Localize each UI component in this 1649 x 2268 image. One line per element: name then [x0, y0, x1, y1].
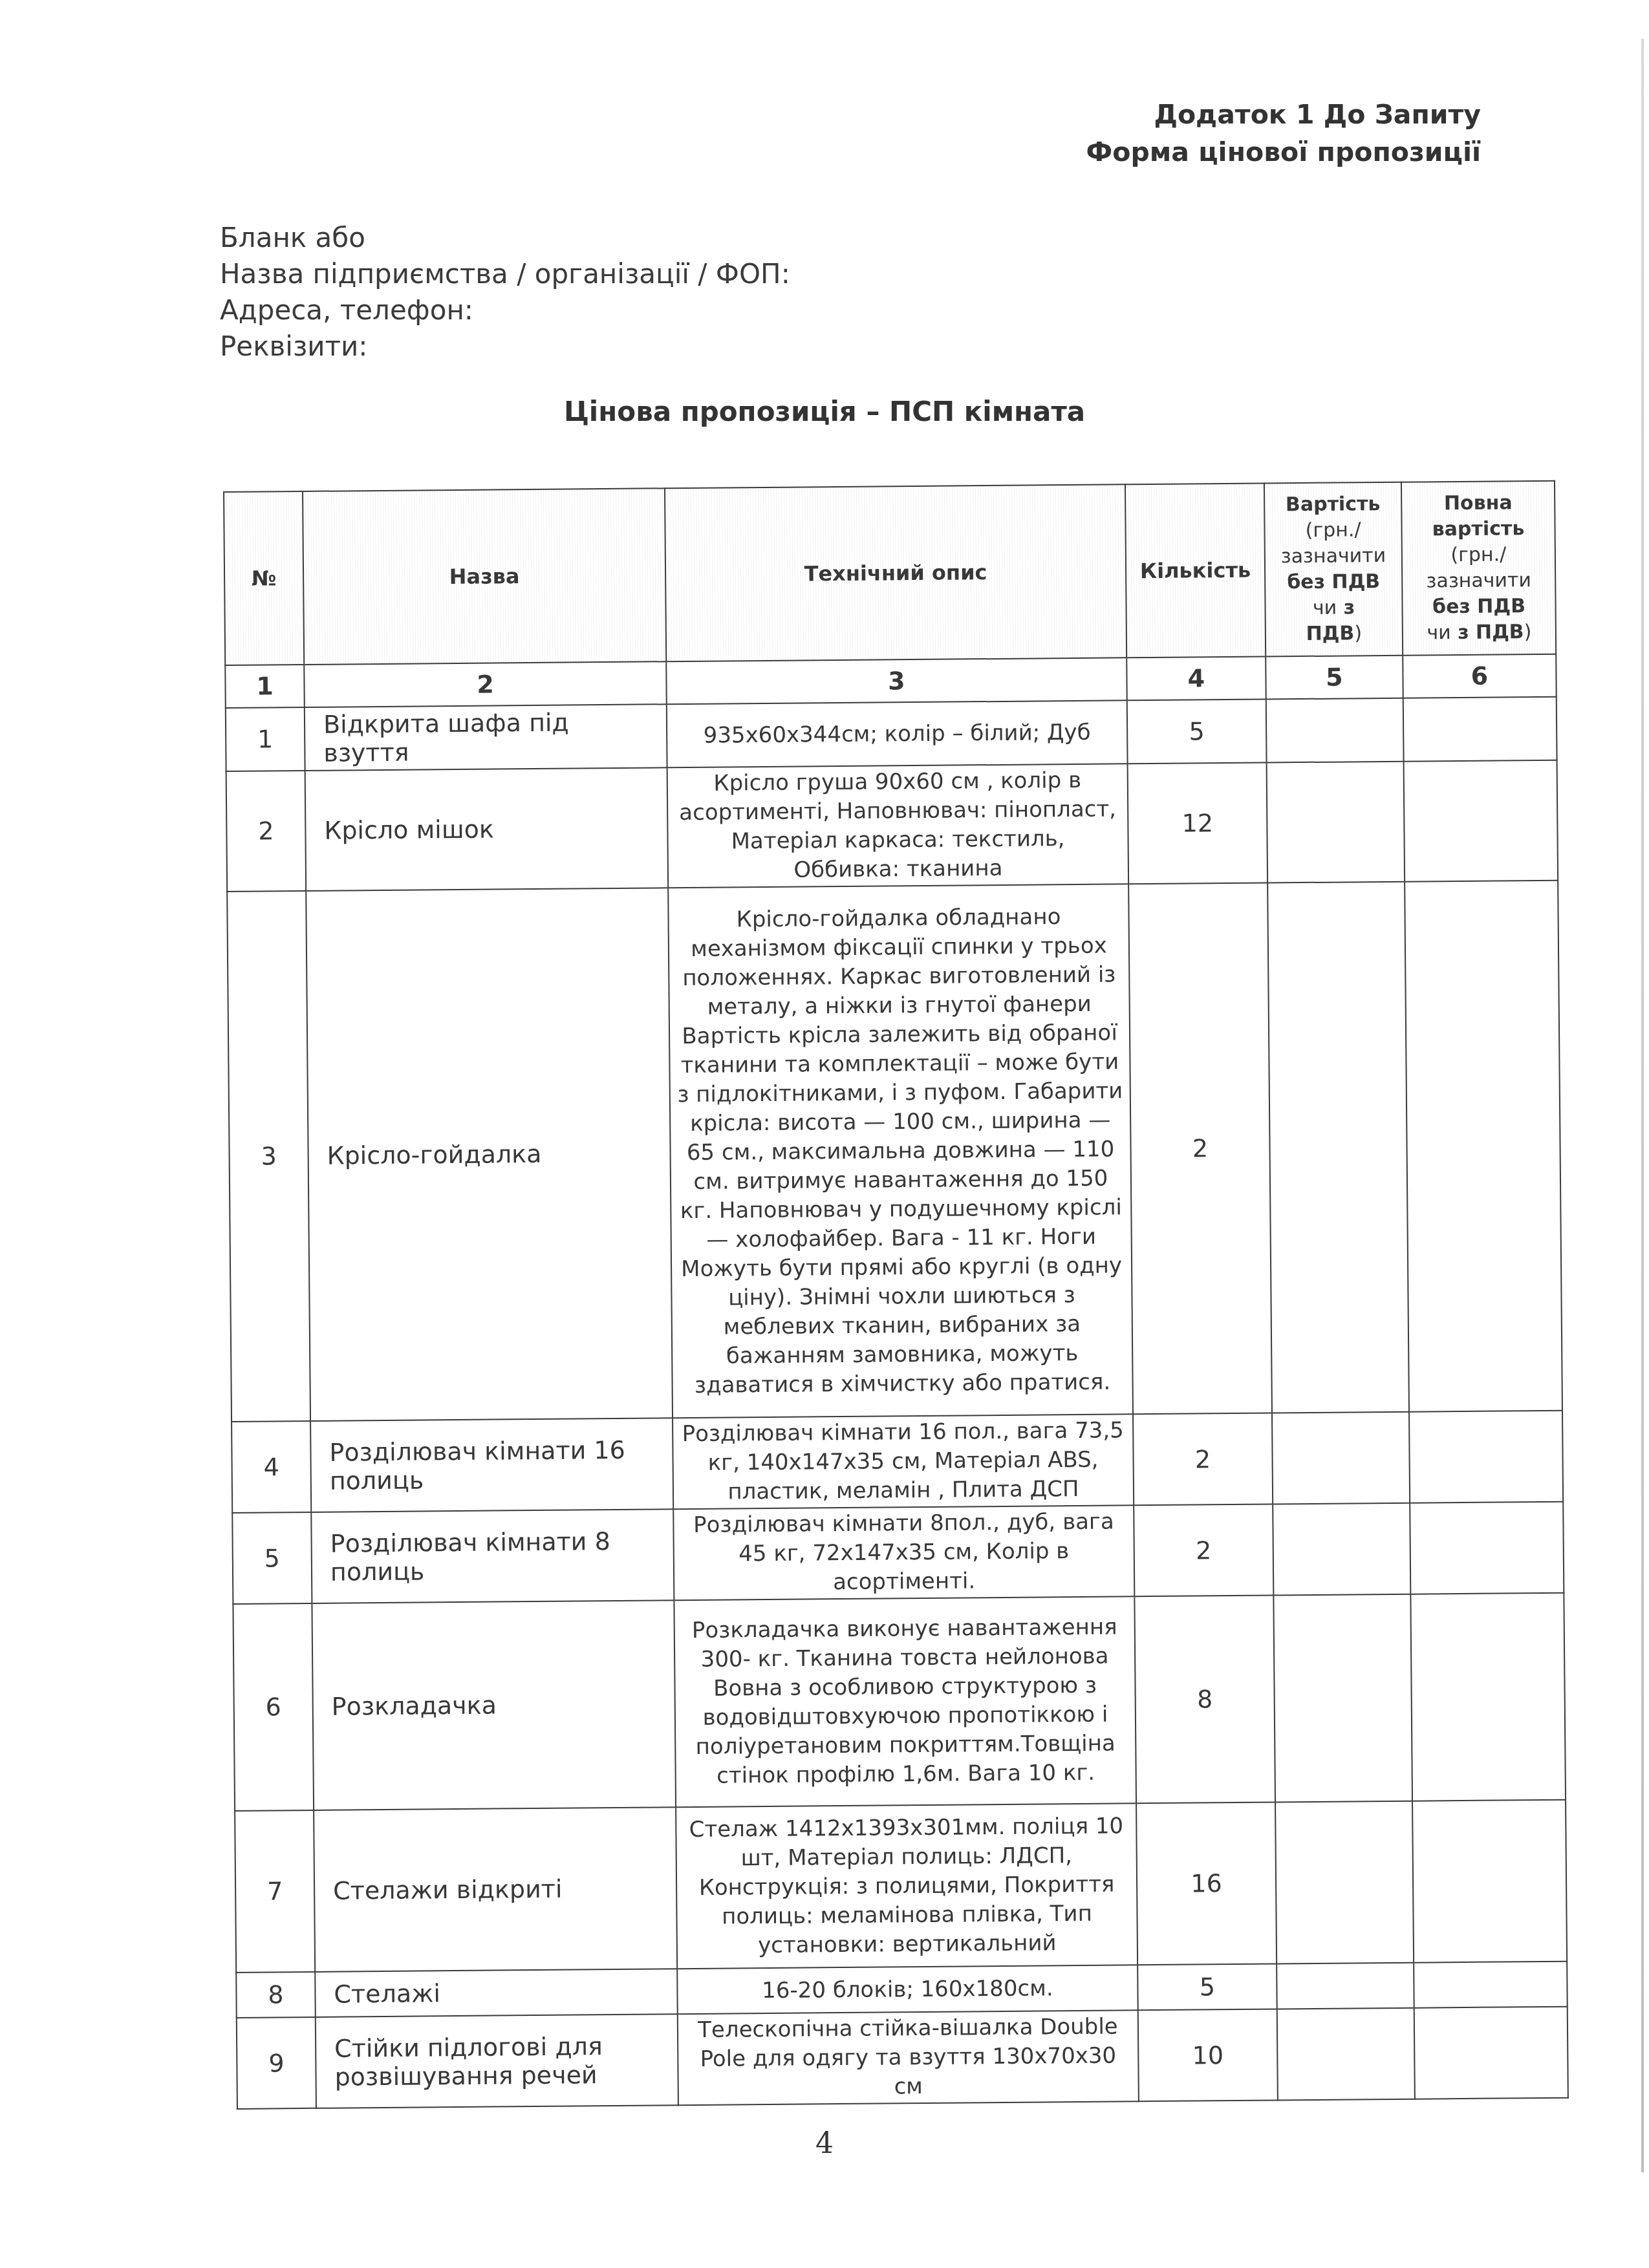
- total-price-note: зазначити: [1405, 568, 1552, 595]
- item-number: 4: [232, 1421, 311, 1513]
- item-name: Розділювач кімнати 16 полиць: [310, 1418, 673, 1512]
- total-price-title: Повна: [1405, 490, 1551, 517]
- item-number: 3: [227, 891, 310, 1422]
- document-title: Цінова пропозиція – ПСП кімната: [0, 396, 1649, 427]
- total-price-cell[interactable]: [1410, 1593, 1566, 1801]
- item-number: 8: [236, 1972, 316, 2018]
- total-price-cell[interactable]: [1410, 1502, 1564, 1594]
- item-name: Розкладачка: [312, 1600, 676, 1810]
- col-header-quantity: Кількість: [1125, 484, 1266, 658]
- total-price-cell[interactable]: [1405, 881, 1562, 1412]
- total-price-title: вартість: [1405, 516, 1551, 543]
- col-header-description: Технічний опис: [665, 484, 1126, 661]
- unit-price-cell[interactable]: [1267, 762, 1405, 883]
- column-number: 6: [1403, 654, 1557, 698]
- item-quantity: 2: [1128, 883, 1272, 1414]
- unit-price-cell[interactable]: [1277, 1963, 1414, 2009]
- table-row: 1 Відкрита шафа під взуття 935х60х344см;…: [226, 697, 1557, 771]
- document-page: Додаток 1 До Запиту Форма цінової пропоз…: [0, 0, 1649, 2268]
- unit-price-cell[interactable]: [1275, 1801, 1414, 1964]
- unit-price-note: з: [1344, 596, 1355, 619]
- total-price-cell[interactable]: [1409, 1411, 1563, 1503]
- unit-price-title: Вартість: [1267, 491, 1398, 519]
- header-row: № Назва Технічний опис Кількість Вартіст…: [224, 481, 1556, 665]
- company-name-label: Назва підприємства / організації / ФОП:: [220, 256, 790, 292]
- unit-price-cell[interactable]: [1267, 882, 1409, 1413]
- form-label: Форма цінової пропозиції: [1086, 133, 1481, 171]
- column-number: 2: [304, 661, 667, 707]
- item-quantity: 10: [1138, 2009, 1278, 2101]
- unit-price-note: без ПДВ: [1268, 569, 1399, 596]
- unit-price-cell[interactable]: [1277, 2008, 1415, 2101]
- item-description: Розділювач кімнати 16 пол., вага 73,5 кг…: [673, 1414, 1134, 1509]
- item-description: Розкладачка виконує навантаження 300- кг…: [674, 1596, 1136, 1807]
- price-offer-table: № Назва Технічний опис Кількість Вартіст…: [223, 480, 1569, 2110]
- total-price-note: ): [1524, 621, 1532, 643]
- table-row: 5 Розділювач кімнати 8 полиць Розділювач…: [232, 1502, 1564, 1604]
- item-description: Телескопічна стійка-вішалка Double Pole …: [678, 2010, 1139, 2105]
- unit-price-cell[interactable]: [1266, 698, 1404, 763]
- item-description: 16-20 блоків; 160х180см.: [677, 1965, 1138, 2014]
- item-quantity: 8: [1134, 1595, 1275, 1803]
- item-name: Стійки підлогові для розвішування речей: [316, 2014, 678, 2108]
- sender-details: Бланк або Назва підприємства / організац…: [220, 220, 790, 365]
- column-number: 4: [1126, 657, 1266, 701]
- address-phone-label: Адреса, телефон:: [220, 292, 790, 328]
- total-price-note: (грн./: [1405, 542, 1552, 569]
- total-price-cell[interactable]: [1403, 697, 1557, 762]
- column-number: 5: [1266, 656, 1403, 700]
- total-price-note: без ПДВ: [1405, 594, 1552, 621]
- total-price-cell[interactable]: [1414, 2007, 1568, 2099]
- item-quantity: 5: [1127, 700, 1267, 764]
- item-description: Стелаж 1412х1393х301мм. поліця 10 шт, Ма…: [676, 1803, 1137, 1969]
- item-number: 7: [235, 1810, 315, 1973]
- item-name: Розділювач кімнати 8 полиць: [311, 1509, 674, 1603]
- item-description: Крісло-гойдалка обладнано механізмом фік…: [668, 884, 1133, 1418]
- item-quantity: 12: [1128, 762, 1268, 884]
- item-quantity: 16: [1136, 1802, 1277, 1965]
- item-quantity: 5: [1137, 1963, 1277, 2010]
- unit-price-cell[interactable]: [1273, 1503, 1410, 1596]
- table-row: 9 Стійки підлогові для розвішування рече…: [237, 2007, 1568, 2109]
- total-price-cell[interactable]: [1412, 1800, 1567, 1963]
- unit-price-note: (грн./: [1267, 517, 1398, 544]
- page-number: 4: [0, 2127, 1649, 2160]
- col-header-unit-price: Вартість (грн./ зазначити без ПДВ чи з П…: [1264, 482, 1403, 657]
- item-name: Крісло мішок: [305, 767, 669, 891]
- column-number: 3: [666, 658, 1127, 704]
- col-header-name: Назва: [303, 488, 666, 665]
- unit-price-note: зазначити: [1268, 543, 1399, 570]
- table-row: 4 Розділювач кімнати 16 полиць Розділюва…: [232, 1411, 1563, 1513]
- requisites-label: Реквізити:: [220, 328, 790, 365]
- table-row: 6 Розкладачка Розкладачка виконує навант…: [233, 1593, 1566, 1811]
- item-name: Стелажи відкриті: [314, 1807, 677, 1972]
- table-row: 3 Крісло-гойдалка Крісло-гойдалка обладн…: [227, 881, 1562, 1422]
- unit-price-note: ): [1354, 622, 1362, 645]
- item-number: 5: [232, 1512, 312, 1604]
- total-price-cell[interactable]: [1414, 1962, 1568, 2008]
- item-number: 1: [226, 707, 305, 771]
- item-description: Розділювач кімнати 8пол., дуб, вага 45 к…: [673, 1505, 1134, 1600]
- unit-price-cell[interactable]: [1273, 1594, 1412, 1803]
- total-price-note: чи: [1427, 621, 1451, 644]
- item-name: Стелажі: [315, 1969, 678, 2017]
- item-description: 935х60х344см; колір – білий; Дуб: [667, 700, 1128, 767]
- total-price-cell[interactable]: [1404, 760, 1558, 882]
- item-name: Крісло-гойдалка: [306, 888, 673, 1421]
- unit-price-note: чи: [1313, 597, 1337, 619]
- col-header-no: №: [224, 491, 304, 665]
- unit-price-note: ПДВ: [1306, 622, 1355, 645]
- appendix-label: Додаток 1 До Запиту: [1086, 96, 1481, 133]
- table-row: 7 Стелажи відкриті Стелаж 1412х1393х301м…: [235, 1800, 1567, 1973]
- item-description: Крісло груша 90х60 см , колір в асортиме…: [667, 764, 1129, 888]
- appendix-header: Додаток 1 До Запиту Форма цінової пропоз…: [1086, 96, 1481, 171]
- item-quantity: 2: [1134, 1504, 1273, 1596]
- item-number: 6: [233, 1603, 314, 1811]
- letterhead-label: Бланк або: [220, 220, 790, 256]
- column-number: 1: [225, 665, 305, 708]
- unit-price-cell[interactable]: [1272, 1412, 1410, 1504]
- scan-edge-shadow: [1641, 39, 1644, 2172]
- item-quantity: 2: [1133, 1413, 1273, 1505]
- total-price-note: з ПДВ: [1458, 621, 1524, 644]
- item-name: Відкрита шафа під взуття: [305, 704, 667, 771]
- item-number: 2: [226, 771, 307, 892]
- item-number: 9: [237, 2017, 316, 2109]
- table-row: 2 Крісло мішок Крісло груша 90х60 см , к…: [226, 760, 1558, 892]
- col-header-total-price: Повна вартість (грн./ зазначити без ПДВ …: [1401, 481, 1556, 656]
